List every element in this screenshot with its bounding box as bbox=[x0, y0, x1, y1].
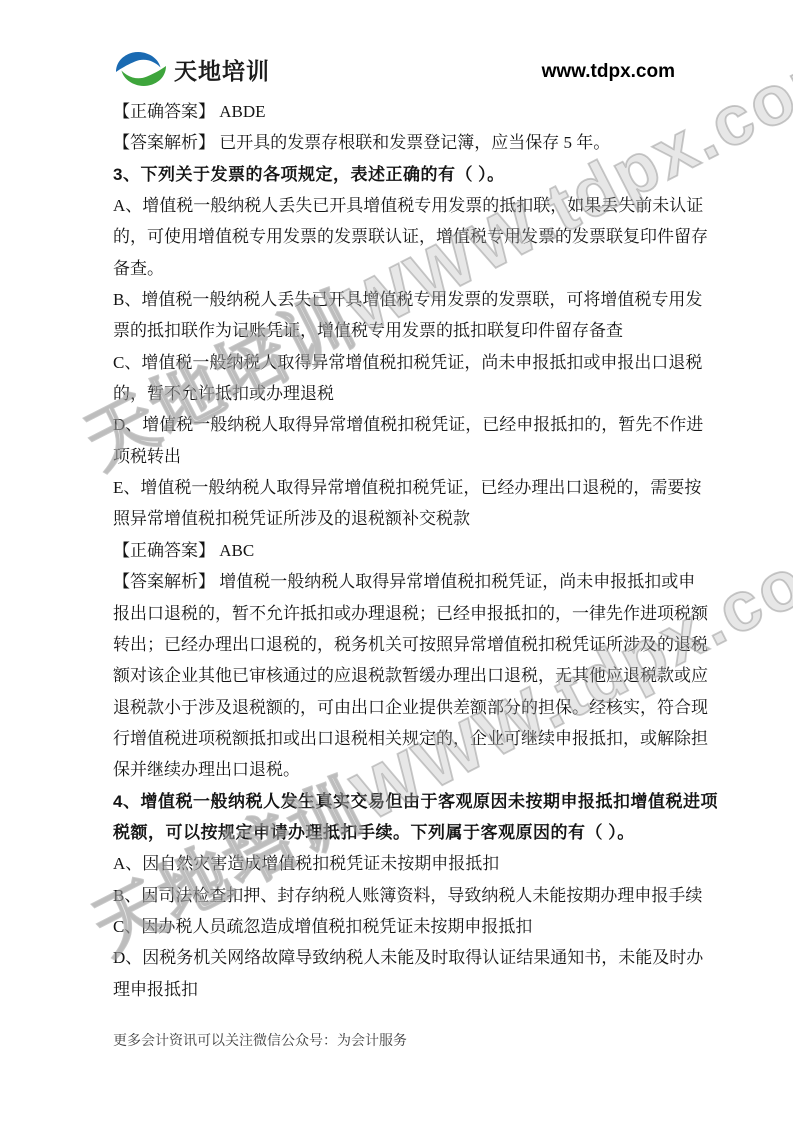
option-c-line: C、因办税人员疏忽造成增值税扣税凭证未按期申报抵扣 bbox=[113, 911, 685, 942]
option-d-line-cont: 项税转出 bbox=[113, 441, 685, 472]
option-b-line-cont: 票的抵扣联作为记账凭证，增值税专用发票的抵扣联复印件留存备查 bbox=[113, 315, 685, 346]
option-d-line: D、增值税一般纳税人取得异常增值税扣税凭证，已经申报抵扣的，暂先不作进 bbox=[113, 409, 685, 440]
answer-analysis-line-cont: 行增值税进项税额抵扣或出口退税相关规定的，企业可继续申报抵扣，或解除担 bbox=[113, 723, 685, 754]
tdpx-swirl-logo-icon bbox=[113, 49, 169, 89]
answer-analysis-line-cont: 保并继续办理出口退税。 bbox=[113, 754, 685, 785]
option-e-line: E、增值税一般纳税人取得异常增值税扣税凭证，已经办理出口退税的，需要按 bbox=[113, 472, 685, 503]
question-4-heading-cont: 税额，可以按规定申请办理抵扣手续。下列属于客观原因的有（ ）。 bbox=[113, 817, 685, 848]
option-e-line-cont: 照异常增值税扣税凭证所涉及的退税额补交税款 bbox=[113, 503, 685, 534]
option-d-line: D、因税务机关网络故障导致纳税人未能及时取得认证结果通知书，未能及时办 bbox=[113, 942, 685, 973]
question-3-heading: 3、下列关于发票的各项规定，表述正确的有（ ）。 bbox=[113, 159, 685, 190]
answer-analysis-line-cont: 额对该企业其他已审核通过的应退税款暂缓办理出口退税，无其他应退税款或应 bbox=[113, 660, 685, 691]
document-page: 天地培训WWW.tdpx.com 天地培训WWW.tdpx.com 天地培训 w… bbox=[0, 0, 793, 1122]
header-logo: 天地培训 bbox=[113, 49, 270, 89]
option-c-line: C、增值税一般纳税人取得异常增值税扣税凭证，尚未申报抵扣或申报出口退税 bbox=[113, 347, 685, 378]
answer-analysis-line-cont: 转出；已经办理出口退税的，税务机关可按照异常增值税扣税凭证所涉及的退税 bbox=[113, 629, 685, 660]
correct-answer-line: 【正确答案】 ABDE bbox=[113, 96, 685, 127]
option-a-line: A、因自然灾害造成增值税扣税凭证未按期申报抵扣 bbox=[113, 848, 685, 879]
option-a-line: A、增值税一般纳税人丢失已开具增值税专用发票的抵扣联，如果丢失前未认证 bbox=[113, 190, 685, 221]
option-a-line-cont: 备查。 bbox=[113, 253, 685, 284]
correct-answer-line: 【正确答案】 ABC bbox=[113, 535, 685, 566]
option-b-line: B、增值税一般纳税人丢失已开具增值税专用发票的发票联，可将增值税专用发 bbox=[113, 284, 685, 315]
question-4-heading: 4、增值税一般纳税人发生真实交易但由于客观原因未按期申报抵扣增值税进项 bbox=[113, 786, 685, 817]
answer-analysis-line: 【答案解析】 已开具的发票存根联和发票登记簿，应当保存 5 年。 bbox=[113, 127, 685, 158]
option-d-line-cont: 理申报抵扣 bbox=[113, 974, 685, 1005]
answer-analysis-line: 【答案解析】 增值税一般纳税人取得异常增值税扣税凭证，尚未申报抵扣或申 bbox=[113, 566, 685, 597]
answer-analysis-line-cont: 退税款小于涉及退税额的，可由出口企业提供差额部分的担保。经核实，符合现 bbox=[113, 692, 685, 723]
footer-note: 更多会计资讯可以关注微信公众号：为会计服务 bbox=[113, 1030, 407, 1050]
option-b-line: B、因司法检查扣押、封存纳税人账簿资料，导致纳税人未能按期办理申报手续 bbox=[113, 880, 685, 911]
answer-analysis-line-cont: 报出口退税的，暂不允许抵扣或办理退税；已经申报抵扣的，一律先作进项税额 bbox=[113, 598, 685, 629]
site-url-text: www.tdpx.com bbox=[542, 61, 675, 83]
option-a-line-cont: 的，可使用增值税专用发票的发票联认证，增值税专用发票的发票联复印件留存 bbox=[113, 221, 685, 252]
logo-text: 天地培训 bbox=[174, 53, 270, 86]
document-content: 【正确答案】 ABDE 【答案解析】 已开具的发票存根联和发票登记簿，应当保存 … bbox=[113, 96, 685, 1005]
option-c-line-cont: 的，暂不允许抵扣或办理退税 bbox=[113, 378, 685, 409]
